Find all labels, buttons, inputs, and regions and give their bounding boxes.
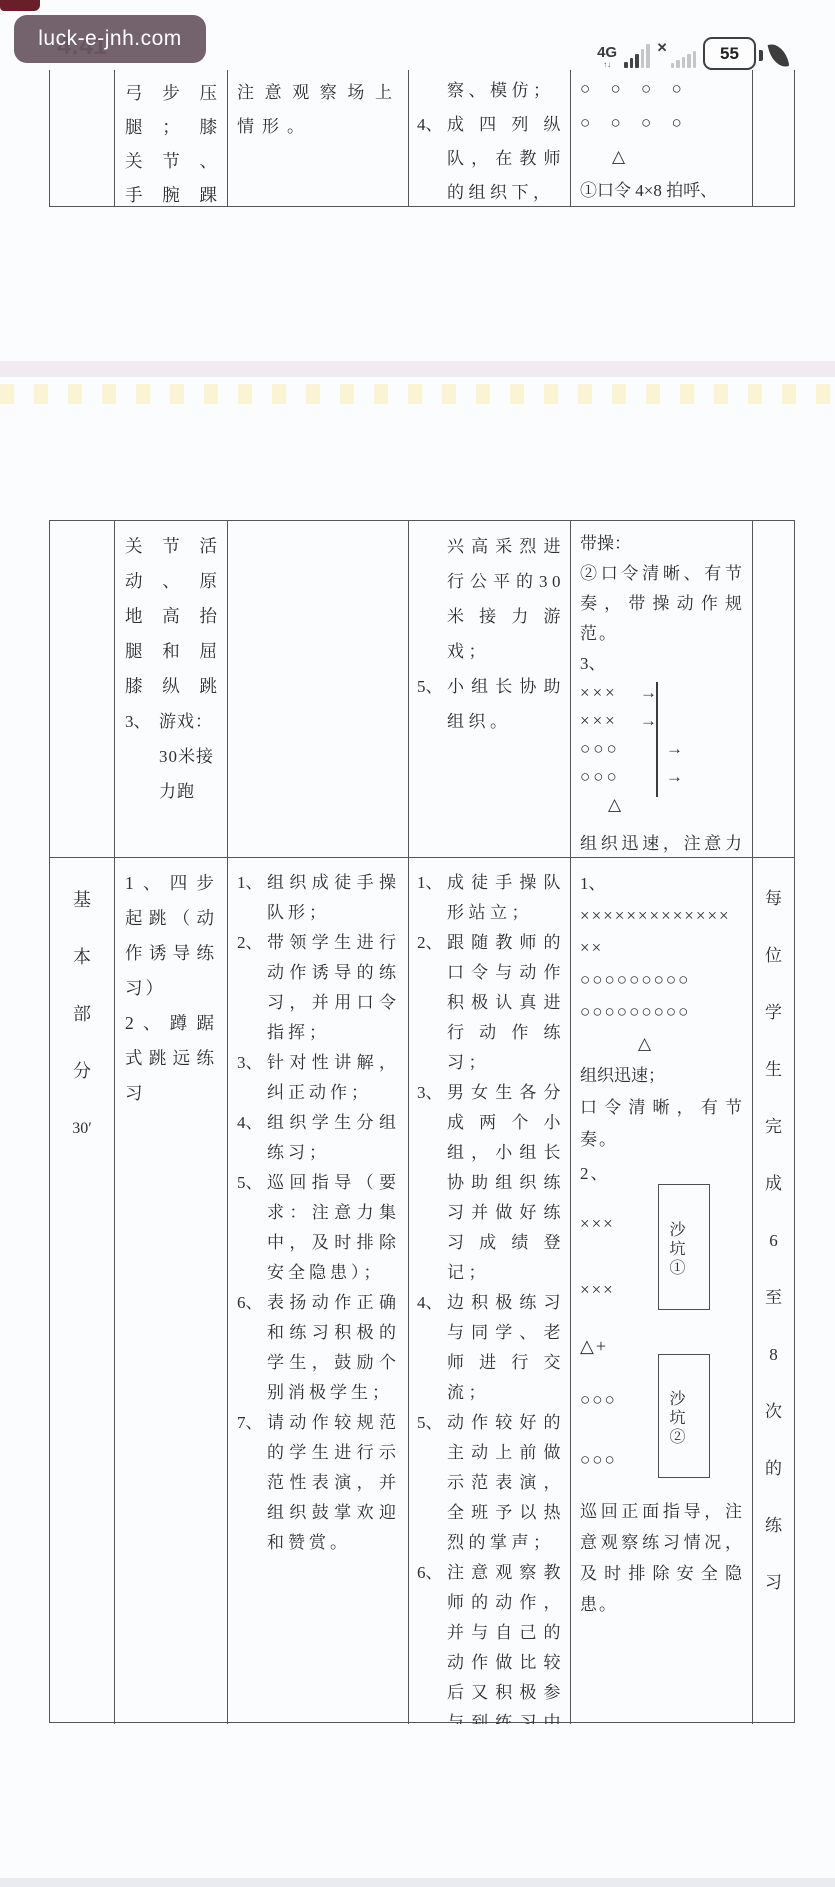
content-step: 1、四步起跳（动作诱导练习） (125, 866, 217, 1006)
org-note: 口令清晰，有节奏。 (580, 1092, 744, 1156)
battery-indicator: 55 (703, 37, 756, 70)
student-step: 2、跟随教师的口令与动作积极认真进行动作练习； (417, 928, 565, 1078)
student-step: 5、动作较好的主动上前做示范表演，全班予以热烈的掌声； (417, 1408, 565, 1558)
student-step: 4、边积极练习与同学、老师进行交流； (417, 1288, 565, 1408)
teacher-step: 1、组织成徒手操队形； (237, 868, 400, 928)
cell-organization: ○ ○ ○ ○ ○ ○ ○ ○ △ ①口令 4×8 拍呼、 (571, 70, 753, 206)
signal-strength-icon-sim2 (671, 51, 697, 68)
student-step: 3、男女生各分成两个小组，小组长协助组织练习并做好练习成绩登记； (417, 1078, 565, 1288)
cell-teacher-activity-empty (228, 521, 409, 857)
teacher-triangle: △ (608, 791, 744, 819)
teacher-triangle-plus: △+ (580, 1330, 608, 1362)
org-note: 巡回正面指导，注意观察练习情况，及时排除安全隐患。 (580, 1496, 744, 1620)
content-step: 2、蹲踞式跳远练习 (125, 1006, 217, 1111)
teacher-step: 6、表扬动作正确和练习积极的学生，鼓励个别消极学生； (237, 1288, 400, 1408)
student-step: 1、成徒手操队形站立； (417, 868, 565, 928)
teacher-step: 2、带领学生进行动作诱导的练习，并用口令指挥； (237, 928, 400, 1048)
student-step: 5、 小组长协助组织。 (417, 669, 565, 739)
arrow-icon: → (640, 707, 657, 735)
top-left-watermark-sliver (0, 0, 40, 11)
page-break-band (0, 361, 835, 377)
bottom-edge-strip (0, 1878, 835, 1887)
diagram-label: 2、 (580, 1158, 610, 1190)
network-type-icon: 4G ↑↓ (597, 45, 617, 69)
sandpit-1-box: 沙坑① (658, 1184, 710, 1310)
arrow-icon: → (640, 679, 657, 707)
diagram-label: 3、 (580, 649, 744, 679)
phone-screenshot: { "status_bar": { "time": "4:41", "water… (0, 0, 835, 1887)
student-step: 察、模仿； (417, 74, 565, 108)
teacher-step: 3、针对性讲解，纠正动作； (237, 1048, 400, 1108)
formation-row-x: ××× (580, 1208, 615, 1240)
teacher-triangle: △ (612, 140, 744, 174)
battery-tip (759, 50, 763, 61)
org-note: 带操： (580, 529, 744, 559)
cell-content-warmup: 弓步压 腿；膝 关节、 手腕踝 (115, 70, 228, 206)
cell-organization: 1、 ××××××××××××× ×× ○○○○○○○○○ ○○○○○○○○○ … (571, 858, 753, 1724)
sim2-no-signal-icon: ✕ (657, 40, 668, 56)
cell-organization: 带操： ②口令清晰、有节奏，带操动作规范。 3、 ×××→ ×××→ ○○○→ … (571, 521, 753, 857)
cell-student-activity: 1、成徒手操队形站立； 2、跟随教师的口令与动作积极认真进行动作练习； 3、男女… (409, 858, 571, 1724)
student-step: 兴高采烈进行公平的30米接力游戏； (417, 529, 565, 669)
formation-row-o: ○○○ (580, 1444, 617, 1476)
cell-stage-empty (50, 70, 115, 206)
student-step: 6、注意观察教师的动作，并与自己的动作做比较后又积极参与到练习中去。 (417, 1558, 565, 1724)
formation-row-o: ○○○○○○○○○ (580, 964, 744, 996)
cell-load-empty (753, 70, 794, 206)
signal-strength-icon-sim1 (624, 44, 650, 68)
cell-content: 关节活 动、原 地高抬 腿和屈 膝纵跳 3、 游戏： 30米接 力跑 (115, 521, 228, 857)
battery-percent: 55 (720, 44, 739, 64)
cell-student-activity: 察、模仿； 4、 成四列纵队，在教师的组织下， (409, 70, 571, 206)
formation-row-x: ×× (580, 932, 744, 964)
lesson-plan-table-fragment-top[interactable]: 弓步压 腿；膝 关节、 手腕踝 注意观察场上情形。 察、模仿； 4、 成四列纵队… (49, 70, 795, 207)
formation-row-x: ××××××××××××× (580, 900, 744, 932)
power-saver-leaf-icon (768, 42, 790, 70)
formation-row-o: ○○○ (580, 1384, 617, 1416)
table-row: 关节活 动、原 地高抬 腿和屈 膝纵跳 3、 游戏： 30米接 力跑 (50, 521, 794, 858)
cell-load-empty (753, 521, 794, 857)
formation-row: ○ ○ ○ ○ (580, 106, 744, 140)
teacher-step: 4、组织学生分组练习； (237, 1108, 400, 1168)
teacher-step: 7、请动作较规范的学生进行示范性表演，并组织鼓掌欢迎和赞赏。 (237, 1408, 400, 1558)
table-row: 基 本 部 分 30′ 1、四步起跳（动作诱导练习） 2、蹲踞式跳远练习 1、组… (50, 858, 794, 1724)
page-break-dots (0, 384, 835, 404)
status-icons: 4G ↑↓ ✕ 55 (597, 30, 787, 70)
relay-formation-diagram: ×××→ ×××→ ○○○→ ○○○→ △ (580, 679, 744, 829)
cell-student-activity: 兴高采烈进行公平的30米接力游戏； 5、 小组长协助组织。 (409, 521, 571, 857)
arrow-icon: → (666, 763, 683, 791)
watermark-badge: luck-e-jnh.com (14, 15, 206, 63)
lesson-plan-table-main[interactable]: 关节活 动、原 地高抬 腿和屈 膝纵跳 3、 游戏： 30米接 力跑 (49, 520, 795, 1723)
cell-stage: 基 本 部 分 30′ (50, 858, 115, 1724)
org-note: ②口令清晰、有节奏，带操动作规范。 (580, 559, 744, 649)
cell-stage-empty (50, 521, 115, 857)
org-note: 组织迅速； (580, 1060, 744, 1092)
student-step: 4、 成四列纵队，在教师的组织下， (417, 108, 565, 206)
watermark-text: luck-e-jnh.com (38, 27, 182, 51)
cell-teacher-activity: 注意观察场上情形。 (228, 70, 409, 206)
sandpit-practice-diagram: 2、 ××× ××× △+ ○○○ ○○○ 沙坑① 沙坑② (580, 1156, 744, 1496)
teacher-triangle: △ (638, 1028, 744, 1060)
formation-row-o: ○○○○○○○○○ (580, 996, 744, 1028)
org-note: ①口令 4×8 拍呼、 (580, 174, 744, 206)
formation-row-x: ××× (580, 1274, 615, 1306)
teacher-step: 5、巡回指导（要求：注意力集中，及时排除安全隐患）； (237, 1168, 400, 1288)
diagram-label: 1、 (580, 868, 744, 900)
arrow-icon: → (666, 735, 683, 763)
org-note: 组织迅速，注意力集中。 (580, 829, 744, 857)
formation-row: ○ ○ ○ ○ (580, 72, 744, 106)
start-line (656, 682, 658, 797)
content-step: 3、 游戏： 30米接 力跑 (125, 704, 217, 809)
cell-load: 每位 学生 完成 6至 8次 的练 习 (753, 858, 794, 1724)
cell-content: 1、四步起跳（动作诱导练习） 2、蹲踞式跳远练习 (115, 858, 228, 1724)
cell-teacher-activity: 1、组织成徒手操队形； 2、带领学生进行动作诱导的练习，并用口令指挥； 3、针对… (228, 858, 409, 1724)
sandpit-2-box: 沙坑② (658, 1354, 710, 1478)
